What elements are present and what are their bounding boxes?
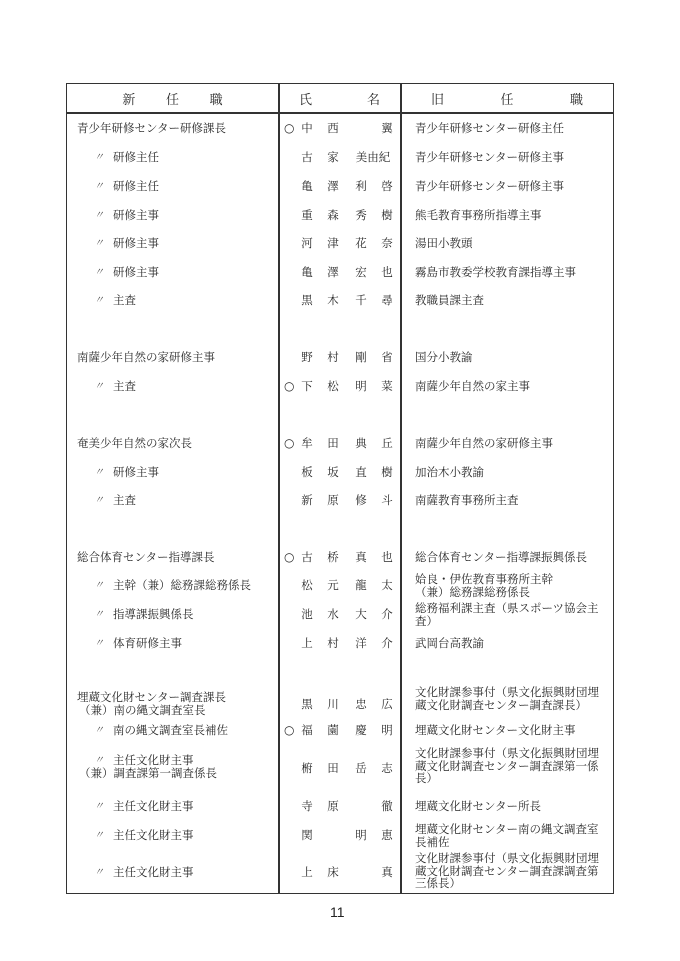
name-char: 新 [300, 494, 314, 507]
name-char: 津 [326, 237, 340, 250]
name-char: 板 [300, 466, 314, 479]
name-char: 森 [326, 209, 340, 222]
name-char: 中 [300, 122, 314, 135]
old-position: 姶良・伊佐教育事務所主幹 [415, 573, 610, 586]
name-char: 坂 [326, 466, 340, 479]
name-char: 桥 [326, 551, 340, 564]
old-position-cell: 総合体育センター指導課振興係長 [415, 551, 610, 564]
old-position-cell: 埋蔵文化財センター南の縄文調査室長補佐 [415, 823, 610, 848]
ditto-mark: 〃 [94, 466, 104, 479]
old-position: 湯田小教頭 [415, 237, 610, 250]
old-position-cell: 文化財課参事付（県文化振興財団埋蔵文化財調査センター調査課調査第三係長） [415, 852, 610, 890]
new-position: 主査 [113, 380, 136, 393]
name-char: 明 [354, 829, 368, 842]
circle-marker-icon: ○ [284, 380, 294, 393]
new-position: 研修主事 [113, 209, 159, 222]
header-name: 氏 名 [279, 84, 400, 113]
old-position: 文化財課参事付（県文化振興財団埋蔵文化財調査センター調査課第一係長） [415, 747, 610, 785]
new-position: 主任文化財主事 [113, 866, 194, 879]
name-char: 亀 [300, 180, 314, 193]
circle-marker-icon: ○ [284, 724, 294, 737]
old-position-cell: 武岡台高教諭 [415, 637, 610, 650]
name-char: 村 [326, 351, 340, 364]
name-char: 亀 [300, 266, 314, 279]
new-position-concurrent: （兼）南の縄文調査室長 [79, 704, 206, 717]
name-char: 寺 [300, 800, 314, 813]
name-char: 牟 [300, 437, 314, 450]
header-char: 旧 [431, 89, 444, 108]
ditto-mark: 〃 [94, 237, 104, 250]
name-char: 也 [380, 266, 394, 279]
old-position: 総務福利課主査（県スポーツ協会主査） [415, 602, 610, 627]
old-position: 青少年研修センター研修主任 [415, 122, 610, 135]
name-char: 関 [300, 829, 314, 842]
name-char: 典 [354, 437, 368, 450]
new-position: 南の縄文調査室長補佐 [113, 724, 228, 737]
new-position: 主任文化財主事 [113, 800, 194, 813]
name-char: 樹 [380, 209, 394, 222]
old-position-cell: 南薩少年自然の家研修主事 [415, 437, 610, 450]
header-char: 新 [122, 89, 135, 108]
name-char: 美由紀 [352, 151, 394, 164]
name-char: 古 [300, 151, 314, 164]
name-char: 重 [300, 209, 314, 222]
name-char: 尋 [380, 294, 394, 307]
new-position: 青少年研修センター研修課長 [77, 122, 226, 135]
old-position: 南薩少年自然の家研修主事 [415, 437, 610, 450]
old-position: 熊毛教育事務所指導主事 [415, 209, 610, 222]
new-position-concurrent: （兼）調査課第一調査係長 [79, 767, 217, 780]
name-char: 奈 [380, 237, 394, 250]
name-char: 恵 [380, 829, 394, 842]
old-position-cell: 南薩少年自然の家主事 [415, 380, 610, 393]
header-char: 任 [166, 89, 179, 108]
ditto-mark: 〃 [94, 209, 104, 222]
name-char: 洋 [354, 637, 368, 650]
name-char: 宏 [354, 266, 368, 279]
column-divider [400, 84, 402, 893]
name-char: 翼 [380, 122, 394, 135]
old-position-cell: 南薩教育事務所主査 [415, 494, 610, 507]
name-char: 西 [326, 122, 340, 135]
ditto-mark: 〃 [94, 151, 104, 164]
old-position: 埋蔵文化財センター南の縄文調査室長補佐 [415, 823, 610, 848]
ditto-mark: 〃 [94, 608, 104, 621]
name-char: 家 [326, 151, 340, 164]
ditto-mark: 〃 [94, 637, 104, 650]
old-position-cell: 青少年研修センター研修主任 [415, 122, 610, 135]
name-char: 木 [326, 294, 340, 307]
name-char: 省 [380, 351, 394, 364]
new-position: 指導課振興係長 [113, 608, 194, 621]
name-char: 千 [354, 294, 368, 307]
name-char: 原 [326, 800, 340, 813]
ditto-mark: 〃 [94, 579, 104, 592]
name-char: 椨 [300, 762, 314, 775]
old-position-cell: 埋蔵文化財センター文化財主事 [415, 724, 610, 737]
name-char: 直 [354, 466, 368, 479]
name-char: 池 [300, 608, 314, 621]
name-char: 薗 [326, 724, 340, 737]
ditto-mark: 〃 [94, 866, 104, 879]
name-char: 啓 [380, 180, 394, 193]
new-position: 研修主任 [113, 180, 159, 193]
old-position: 南薩少年自然の家主事 [415, 380, 610, 393]
name-char: 田 [326, 437, 340, 450]
header-char: 氏 [299, 89, 312, 108]
name-char: 明 [380, 724, 394, 737]
old-position-cell: 教職員課主査 [415, 294, 610, 307]
column-divider [278, 84, 280, 893]
name-char: 慶 [354, 724, 368, 737]
page-number: 11 [330, 904, 345, 920]
name-char: 太 [380, 579, 394, 592]
name-char: 真 [354, 551, 368, 564]
name-char: 明 [354, 380, 368, 393]
old-position-cell: 総務福利課主査（県スポーツ協会主査） [415, 602, 610, 627]
old-position: 文化財課参事付（県文化振興財団埋蔵文化財調査センター調査課調査第三係長） [415, 852, 610, 890]
old-position: 加治木小教諭 [415, 466, 610, 479]
circle-marker-icon: ○ [284, 122, 294, 135]
new-position: 研修主事 [113, 466, 159, 479]
old-position: 南薩教育事務所主査 [415, 494, 610, 507]
ditto-mark: 〃 [94, 294, 104, 307]
name-char: 黒 [300, 294, 314, 307]
old-position-cell: 青少年研修センター研修主事 [415, 151, 610, 164]
name-char: 黒 [300, 698, 314, 711]
name-char: 介 [380, 608, 394, 621]
new-position: 南薩少年自然の家研修主事 [77, 351, 215, 364]
name-char: 真 [380, 866, 394, 879]
old-position-cell: 霧島市教委学校教育課指導主事 [415, 266, 610, 279]
ditto-mark: 〃 [94, 800, 104, 813]
name-char: 松 [300, 579, 314, 592]
name-char: 古 [300, 551, 314, 564]
name-char: 丘 [380, 437, 394, 450]
new-position: 総合体育センター指導課長 [77, 551, 215, 564]
old-position-cell: 加治木小教諭 [415, 466, 610, 479]
personnel-table: 新 任 職 氏 名 旧 任 職 青少年研修センター研修課長○中西翼青少年研修セン… [66, 83, 614, 894]
new-position: 主任文化財主事 [113, 829, 194, 842]
old-position: 青少年研修センター研修主事 [415, 180, 610, 193]
name-char: 上 [300, 637, 314, 650]
ditto-mark: 〃 [94, 180, 104, 193]
name-char: 上 [300, 866, 314, 879]
name-char: 大 [354, 608, 368, 621]
header-char: 職 [570, 89, 583, 108]
circle-marker-icon: ○ [284, 437, 294, 450]
old-position-cell: 姶良・伊佐教育事務所主幹（兼）総務課総務係長 [415, 573, 610, 598]
name-char: 龍 [354, 579, 368, 592]
new-position: 研修主任 [113, 151, 159, 164]
old-position: 教職員課主査 [415, 294, 610, 307]
name-char: 下 [300, 380, 314, 393]
old-position: 埋蔵文化財センター文化財主事 [415, 724, 610, 737]
name-char: 秀 [354, 209, 368, 222]
name-char: 花 [354, 237, 368, 250]
header-char: 任 [500, 89, 513, 108]
header-char: 名 [367, 89, 380, 108]
new-position: 主査 [113, 294, 136, 307]
name-char: 福 [300, 724, 314, 737]
old-position-cell: 文化財課参事付（県文化振興財団埋蔵文化財調査センター調査課第一係長） [415, 747, 610, 785]
name-char: 斗 [380, 494, 394, 507]
name-char: 元 [326, 579, 340, 592]
new-position: 奄美少年自然の家次長 [77, 437, 192, 450]
name-char: 也 [380, 551, 394, 564]
name-char: 樹 [380, 466, 394, 479]
name-char: 剛 [354, 351, 368, 364]
circle-marker-icon: ○ [284, 551, 294, 564]
name-char: 徹 [380, 800, 394, 813]
old-position: 総合体育センター指導課振興係長 [415, 551, 610, 564]
old-position: 文化財課参事付（県文化振興財団埋蔵文化財調査センター調査課長） [415, 686, 610, 711]
name-char: 川 [326, 698, 340, 711]
new-position: 主査 [113, 494, 136, 507]
ditto-mark: 〃 [94, 266, 104, 279]
new-position: 研修主事 [113, 266, 159, 279]
header-old-position: 旧 任 職 [401, 84, 613, 113]
old-position: （兼）総務課総務係長 [415, 586, 610, 599]
old-position-cell: 文化財課参事付（県文化振興財団埋蔵文化財調査センター調査課長） [415, 686, 610, 711]
header-new-position: 新 任 職 [67, 84, 278, 113]
old-position-cell: 青少年研修センター研修主事 [415, 180, 610, 193]
name-char: 澤 [326, 180, 340, 193]
name-char: 床 [326, 866, 340, 879]
old-position-cell: 湯田小教頭 [415, 237, 610, 250]
name-char: 野 [300, 351, 314, 364]
name-char: 介 [380, 637, 394, 650]
name-char: 修 [354, 494, 368, 507]
ditto-mark: 〃 [94, 494, 104, 507]
name-char: 志 [380, 762, 394, 775]
name-char: 澤 [326, 266, 340, 279]
name-char: 忠 [354, 698, 368, 711]
old-position-cell: 熊毛教育事務所指導主事 [415, 209, 610, 222]
new-position: 体育研修主事 [113, 637, 182, 650]
old-position: 霧島市教委学校教育課指導主事 [415, 266, 610, 279]
name-char: 村 [326, 637, 340, 650]
ditto-mark: 〃 [94, 829, 104, 842]
name-char: 松 [326, 380, 340, 393]
name-char: 岳 [354, 762, 368, 775]
old-position: 国分小教諭 [415, 351, 610, 364]
ditto-mark: 〃 [94, 724, 104, 737]
old-position: 埋蔵文化財センター所長 [415, 800, 610, 813]
new-position: 主幹（兼）総務課総務係長 [113, 579, 251, 592]
ditto-mark: 〃 [94, 380, 104, 393]
header-char: 職 [210, 89, 223, 108]
name-char: 広 [380, 698, 394, 711]
name-char: 利 [354, 180, 368, 193]
name-char: 田 [326, 762, 340, 775]
name-char: 河 [300, 237, 314, 250]
name-char: 菜 [380, 380, 394, 393]
old-position-cell: 国分小教諭 [415, 351, 610, 364]
old-position: 武岡台高教諭 [415, 637, 610, 650]
name-char: 水 [326, 608, 340, 621]
name-char: 原 [326, 494, 340, 507]
old-position-cell: 埋蔵文化財センター所長 [415, 800, 610, 813]
new-position: 研修主事 [113, 237, 159, 250]
old-position: 青少年研修センター研修主事 [415, 151, 610, 164]
